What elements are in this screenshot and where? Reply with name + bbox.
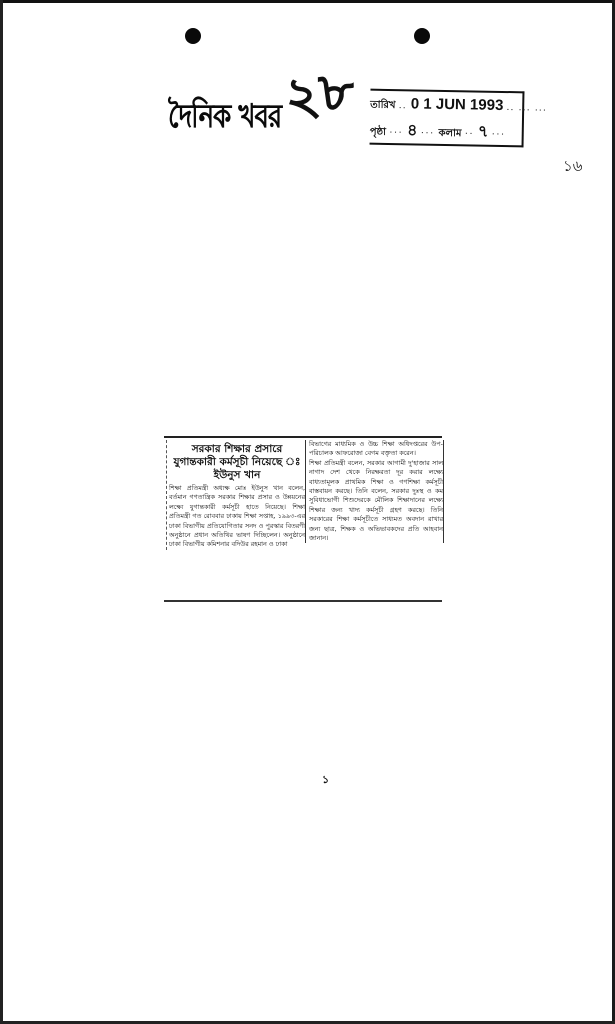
stamp-dots: .. ... ... [506,101,547,114]
stamp-dots: ··· [420,127,438,139]
stamp-page-label: পৃষ্ঠা [370,127,386,138]
stamp-column-value: ৭ [478,122,489,141]
stamp-dots: ··· [491,128,505,140]
stamp-date-label: তারিখ [370,100,396,111]
article-paragraph: শিক্ষা প্রতিমন্ত্রী অধ্যক্ষ মোঃ ইউনুস খা… [169,484,305,550]
article-paragraph: বিভাগের মাধ্যমিক ও উচ্চ শিক্ষা অধিদপ্তরে… [309,440,443,459]
article-body-right: বিভাগের মাধ্যমিক ও উচ্চ শিক্ষা অধিদপ্তরে… [309,440,443,543]
stamp-date-row: তারিখ .. 0 1 JUN 1993 .. ... ... [370,95,547,118]
punch-hole-icon [414,28,430,44]
newspaper-masthead: দৈনিক খবর [168,91,281,146]
handwritten-folio-number: ২৮ [279,48,361,147]
clipping-left-column: সরকার শিক্ষার প্রসারে যুগান্তকারী কর্মসূ… [166,440,305,550]
scan-edge-top [0,0,615,3]
stamp-page-row: পৃষ্ঠা ··· ৪ ··· কলাম ·· ৭ ··· [370,117,506,146]
stray-mark: ১ [322,771,329,790]
stamp-dots: ·· [464,127,478,139]
stamp-page-value: ৪ [407,120,418,139]
clipping-right-column: বিভাগের মাধ্যমিক ও উচ্চ শিক্ষা অধিদপ্তরে… [305,440,444,543]
stamp-dots: .. [399,99,411,111]
article-paragraph: শিক্ষা প্রতিমন্ত্রী বলেন, সরকার আগামী দু… [309,459,443,544]
stamp-dots: ··· [389,126,407,138]
punch-hole-icon [185,28,201,44]
newspaper-clipping: সরকার শিক্ষার প্রসারে যুগান্তকারী কর্মসূ… [164,436,442,602]
stamp-date-value: 0 1 JUN 1993 [411,95,504,114]
article-headline: সরকার শিক্ষার প্রসারে যুগান্তকারী কর্মসূ… [169,443,305,482]
article-body-left: শিক্ষা প্রতিমন্ত্রী অধ্যক্ষ মোঃ ইউনুস খা… [169,484,305,550]
scan-edge-left [0,0,3,1024]
stamp-column-label: কলাম [438,128,461,139]
date-stamp: তারিখ .. 0 1 JUN 1993 .. ... ... পৃষ্ঠা … [370,89,525,148]
handwritten-corner-note: ১৬ [563,155,583,180]
